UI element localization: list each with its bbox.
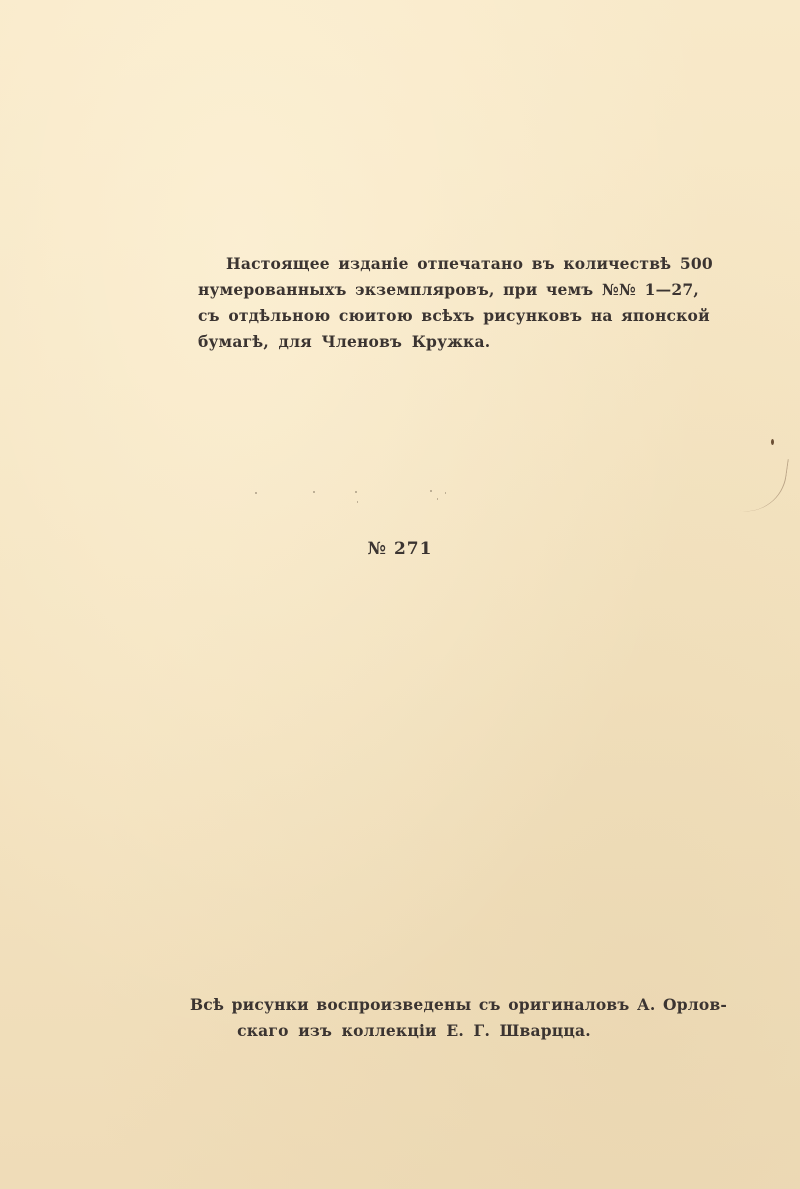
edition-note-line: нумерованныхъ экземпляровъ, при чемъ №№ … [198, 277, 653, 303]
paper-blemish [771, 439, 774, 445]
credits-paragraph: Всѣ рисунки воспроизведены съ оригиналов… [190, 992, 638, 1044]
paper-speck [437, 498, 438, 500]
paper-speck [355, 491, 357, 493]
edition-note-line: съ отдѣльною сюитою всѣхъ рисунковъ на я… [198, 303, 653, 329]
credits-line: скаго изъ коллекціи Е. Г. Шварцца. [190, 1018, 638, 1044]
edition-note-paragraph: Настоящее изданіе отпечатано въ количест… [198, 251, 653, 355]
paper-speck [430, 490, 432, 492]
edition-note-line: Настоящее изданіе отпечатано въ количест… [198, 251, 653, 277]
copy-number: № 271 [0, 537, 800, 561]
credits-line: Всѣ рисунки воспроизведены съ оригиналов… [190, 992, 638, 1018]
paper-speck [357, 501, 358, 503]
paper-speck [313, 491, 315, 493]
paper-speck [445, 492, 446, 494]
paper-speck [255, 492, 257, 494]
edition-note-line: бумагѣ, для Членовъ Кружка. [198, 329, 653, 355]
document-page: Настоящее изданіе отпечатано въ количест… [0, 0, 800, 1189]
paper-fiber-mark [740, 453, 789, 516]
